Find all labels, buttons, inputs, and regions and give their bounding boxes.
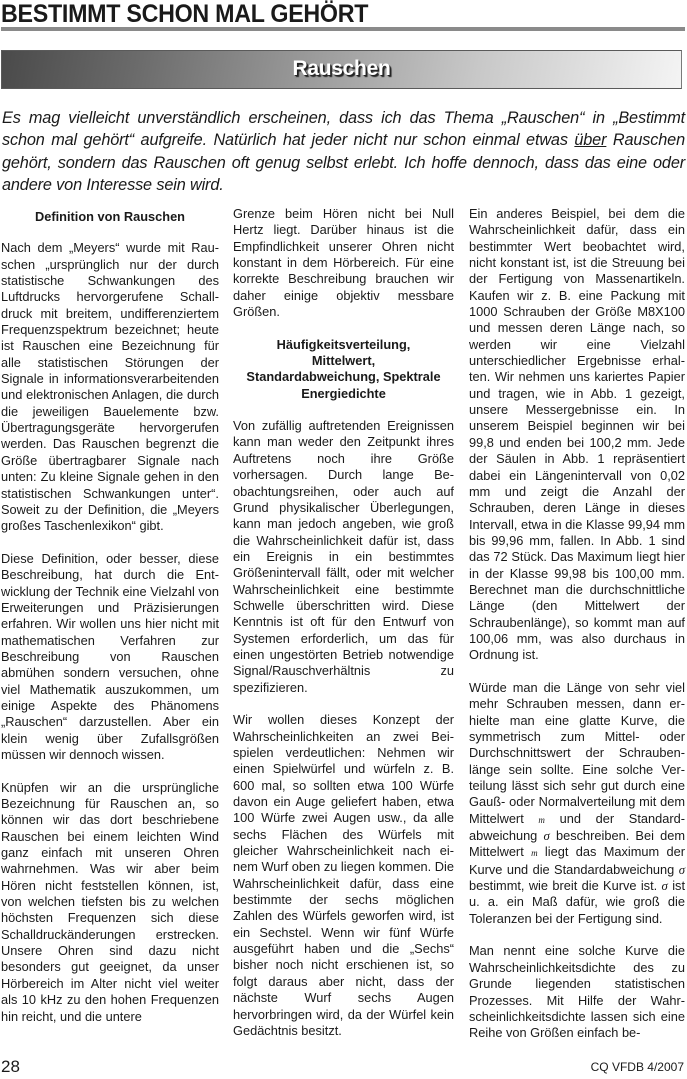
intro-underlined-word: über — [574, 131, 606, 149]
text-column-1: Definition von Rauschen Nach dem „Meyers… — [1, 205, 219, 1041]
page-number: 28 — [1, 1057, 20, 1077]
subheading-line: Energiedichte — [301, 386, 386, 401]
body-paragraph: Wir wollen dieses Konzept der Wahrschein… — [233, 712, 454, 1039]
sigma-symbol: σ — [679, 863, 685, 877]
body-paragraph-gauss: Würde man die Länge von sehr viel mehr S… — [469, 680, 685, 927]
subheading-line: Häufigkeitsverteilung, — [277, 337, 411, 352]
subheading-definition: Definition von Rauschen — [1, 209, 219, 225]
subheading-line: Mittelwert, — [312, 353, 375, 368]
section-title: BESTIMMT SCHON MAL GEHÖRT — [1, 0, 368, 28]
body-paragraph: Knüpfen wir an die ursprüngliche Bezeich… — [1, 780, 219, 1025]
article-title-banner: Rauschen — [1, 50, 682, 89]
header-rule — [1, 27, 685, 31]
body-paragraph: Grenze beim Hören nicht bei Null Hertz l… — [233, 206, 454, 320]
body-paragraph: Nach dem „Meyers“ wurde mit Rau­schen „u… — [1, 240, 219, 534]
text-run: Würde man die Länge von sehr viel mehr S… — [469, 680, 685, 826]
text-run: bestimmt, wie breit die Kurve ist. — [469, 878, 662, 893]
body-paragraph: Ein anderes Beispiel, bei dem die Wahrsc… — [469, 206, 685, 664]
body-paragraph: Diese Definition, oder besser, diese Bes… — [1, 551, 219, 763]
body-paragraph: Man nennt eine solche Kurve die Wahrsche… — [469, 943, 685, 1041]
intro-paragraph: Es mag vielleicht unverständlich erschei… — [2, 107, 685, 196]
text-column-3: Ein anderes Beispiel, bei dem die Wahrsc… — [469, 206, 685, 1058]
subheading-distribution: Häufigkeitsverteilung, Mittelwert, Stand… — [233, 337, 454, 402]
subheading-line: Standardabweichung, Spektrale — [246, 369, 440, 384]
text-column-2: Grenze beim Hören nicht bei Null Hertz l… — [233, 206, 454, 1056]
article-title: Rauschen — [2, 57, 681, 81]
body-paragraph: Von zufällig auftretenden Ereignis­sen k… — [233, 418, 454, 696]
issue-label: CQ VFDB 4/2007 — [591, 1060, 684, 1074]
